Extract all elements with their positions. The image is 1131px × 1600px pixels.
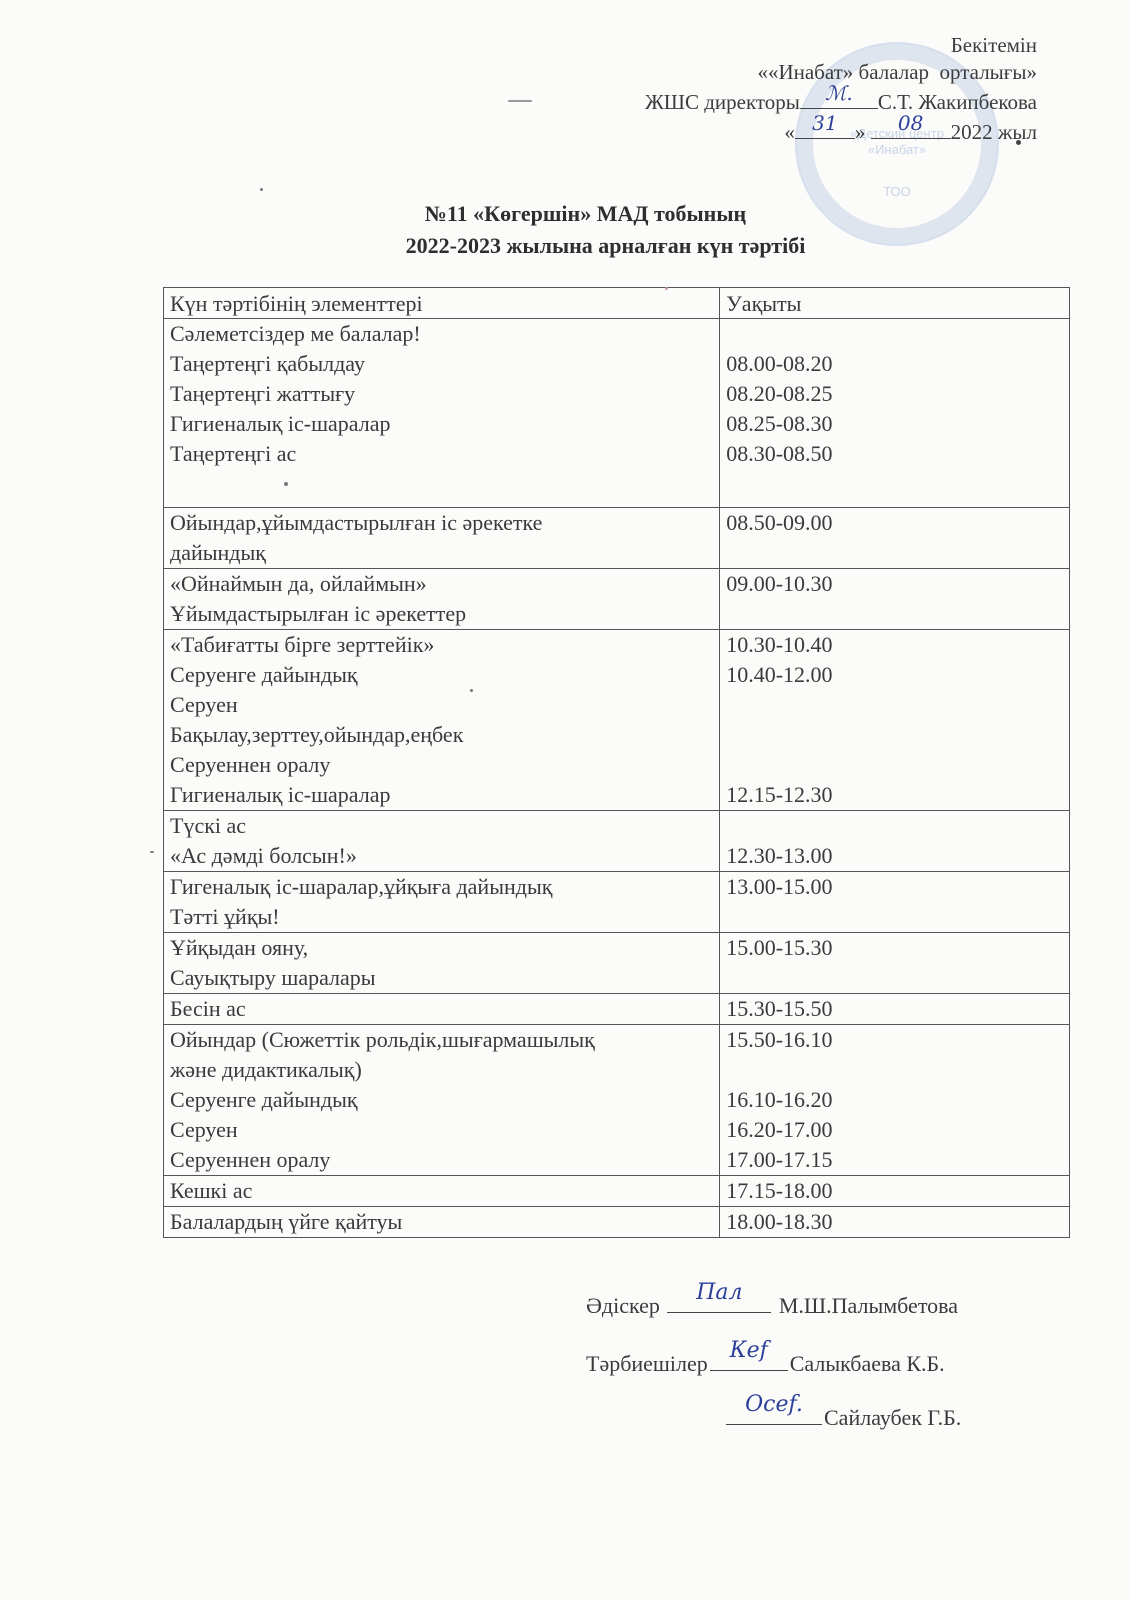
schedule-time xyxy=(726,811,1063,841)
approval-block: Бекітемін ««Инабат» балалар орталығы» ЖШ… xyxy=(645,32,1037,146)
date-month: 08 xyxy=(898,110,923,137)
teacher2-signature: Осеf. xyxy=(745,1392,803,1417)
schedule-item: Таңертеңгі қабылдау xyxy=(170,349,713,379)
table-row: Ұйқыдан ояну,Сауықтыру шаралары15.00-15.… xyxy=(164,933,1070,994)
schedule-time: 15.00-15.30 xyxy=(726,933,1063,963)
schedule-time xyxy=(726,720,1063,750)
schedule-item: дайындық xyxy=(170,538,713,568)
schedule-time xyxy=(726,1055,1063,1085)
schedule-time: 09.00-10.30 xyxy=(726,569,1063,599)
cell-elements: Балалардың үйге қайтуы xyxy=(164,1207,720,1238)
schedule-item: Кешкі ас xyxy=(170,1176,713,1206)
cell-time: 08.00-08.2008.20-08.2508.25-08.3008.30-0… xyxy=(720,319,1070,508)
schedule-time: 08.25-08.30 xyxy=(726,409,1063,439)
cell-elements: Түскі ас«Ас дәмді болсын!» xyxy=(164,811,720,872)
document-title: №11 «Көгершін» МАД тобының 2022-2023 жыл… xyxy=(0,198,1131,262)
schedule-time xyxy=(726,599,1063,629)
schedule-item: Серуеннен оралу xyxy=(170,750,713,780)
table-row: Ойындар (Сюжеттік рольдік,шығармашылықжә… xyxy=(164,1025,1070,1176)
schedule-time: 15.50-16.10 xyxy=(726,1025,1063,1055)
date-day-field: 31 xyxy=(795,116,855,139)
table-row: Гигеналық іс-шаралар,ұйқыға дайындықТәтт… xyxy=(164,872,1070,933)
schedule-item: Гигиеналық іс-шаралар xyxy=(170,409,713,439)
table-row: Балалардың үйге қайтуы18.00-18.30 xyxy=(164,1207,1070,1238)
teacher2-name: Сайлаубек Г.Б. xyxy=(824,1405,961,1430)
teachers-label: Тәрбиешілер xyxy=(586,1351,708,1376)
table-row: Ойындар,ұйымдастырылған іс әрекеткедайын… xyxy=(164,508,1070,569)
cell-time: 18.00-18.30 xyxy=(720,1207,1070,1238)
schedule-item: «Ас дәмді болсын!» xyxy=(170,841,713,871)
scan-speck xyxy=(284,482,288,486)
schedule-time: 08.20-08.25 xyxy=(726,379,1063,409)
schedule-item: «Ойнаймын да, ойлаймын» xyxy=(170,569,713,599)
schedule-item: Серуенге дайындық xyxy=(170,1085,713,1115)
schedule-time: 18.00-18.30 xyxy=(726,1207,1063,1237)
title-line-2: 2022-2023 жылына арналған күн тәртібі xyxy=(0,230,1131,262)
schedule-time: 12.15-12.30 xyxy=(726,780,1063,810)
cell-time: 15.30-15.50 xyxy=(720,994,1070,1025)
schedule-item: Балалардың үйге қайтуы xyxy=(170,1207,713,1237)
schedule-time: 15.30-15.50 xyxy=(726,994,1063,1024)
methodist-name: М.Ш.Палымбетова xyxy=(779,1293,958,1318)
cell-elements: Ойындар (Сюжеттік рольдік,шығармашылықжә… xyxy=(164,1025,720,1176)
cell-time: 08.50-09.00 xyxy=(720,508,1070,569)
table-row: «Ойнаймын да, ойлаймын»Ұйымдастырылған і… xyxy=(164,569,1070,630)
schedule-item: Серуен xyxy=(170,690,713,720)
cell-elements: Кешкі ас xyxy=(164,1176,720,1207)
date-month-field: 08 xyxy=(871,116,951,139)
schedule-item: Ойындар (Сюжеттік рольдік,шығармашылық xyxy=(170,1025,713,1055)
schedule-time: 12.30-13.00 xyxy=(726,841,1063,871)
cell-elements: Сәлеметсіздер ме балалар!Таңертеңгі қабы… xyxy=(164,319,720,508)
date-day: 31 xyxy=(812,110,837,137)
title-line-1: №11 «Көгершін» МАД тобының xyxy=(0,198,1131,230)
schedule-time: 08.30-08.50 xyxy=(726,439,1063,469)
cell-time: 09.00-10.30 xyxy=(720,569,1070,630)
schedule-time: 10.30-10.40 xyxy=(726,630,1063,660)
date-close-quote: » xyxy=(855,120,866,144)
cell-elements: «Табиғатты бірге зерттейік»Серуенге дайы… xyxy=(164,630,720,811)
methodist-signature-row: Әдіскер Пал М.Ш.Палымбетова xyxy=(586,1290,958,1319)
schedule-time: 17.00-17.15 xyxy=(726,1145,1063,1175)
schedule-time: 08.00-08.20 xyxy=(726,349,1063,379)
spacer xyxy=(170,469,713,499)
director-signature: ℳ. xyxy=(825,80,853,107)
methodist-signature-line: Пал xyxy=(667,1290,771,1313)
methodist-label: Әдіскер xyxy=(586,1293,660,1318)
schedule-item: Сауықтыру шаралары xyxy=(170,963,713,993)
date-open-quote: « xyxy=(784,120,795,144)
schedule-time xyxy=(726,538,1063,568)
director-label: ЖШС директоры xyxy=(645,90,800,114)
table-header-row: Күн тәртібінің элементтері Уақыты xyxy=(164,288,1070,319)
schedule-item: Таңертеңгі ас xyxy=(170,439,713,469)
scan-speck xyxy=(508,100,532,102)
schedule-time xyxy=(726,319,1063,349)
schedule-item: Гигиеналық іс-шаралар xyxy=(170,780,713,810)
schedule-item: Ойындар,ұйымдастырылған іс әрекетке xyxy=(170,508,713,538)
cell-time: 17.15-18.00 xyxy=(720,1176,1070,1207)
schedule-time: 17.15-18.00 xyxy=(726,1176,1063,1206)
approval-date-line: «31» 082022 жыл xyxy=(645,116,1037,146)
cell-time: 10.30-10.4010.40-12.0012.15-12.30 xyxy=(720,630,1070,811)
table-body: Сәлеметсіздер ме балалар!Таңертеңгі қабы… xyxy=(164,319,1070,1238)
schedule-item: Серуенге дайындық xyxy=(170,660,713,690)
schedule-item: Гигеналық іс-шаралар,ұйқыға дайындық xyxy=(170,872,713,902)
schedule-item: және дидактикалық) xyxy=(170,1055,713,1085)
scan-speck xyxy=(470,689,473,692)
schedule-item: Сәлеметсіздер ме балалар! xyxy=(170,319,713,349)
table-row: Кешкі ас17.15-18.00 xyxy=(164,1176,1070,1207)
table-row: Сәлеметсіздер ме балалар!Таңертеңгі қабы… xyxy=(164,319,1070,508)
daily-schedule-table: Күн тәртібінің элементтері Уақыты Сәлеме… xyxy=(163,287,1070,1238)
header-time: Уақыты xyxy=(720,288,1070,319)
schedule-time: 08.50-09.00 xyxy=(726,508,1063,538)
cell-elements: Гигеналық іс-шаралар,ұйқыға дайындықТәтт… xyxy=(164,872,720,933)
schedule-time: 10.40-12.00 xyxy=(726,660,1063,690)
table-row: «Табиғатты бірге зерттейік»Серуенге дайы… xyxy=(164,630,1070,811)
teacher1-signature: Кеf xyxy=(730,1338,768,1363)
cell-elements: Бесін ас xyxy=(164,994,720,1025)
schedule-time: 16.10-16.20 xyxy=(726,1085,1063,1115)
cell-time: 15.00-15.30 xyxy=(720,933,1070,994)
schedule-item: Серуеннен оралу xyxy=(170,1145,713,1175)
schedule-item: Ұйқыдан ояну, xyxy=(170,933,713,963)
cell-elements: «Ойнаймын да, ойлаймын»Ұйымдастырылған і… xyxy=(164,569,720,630)
cell-time: 13.00-15.00 xyxy=(720,872,1070,933)
schedule-time xyxy=(726,963,1063,993)
teacher1-signature-line: Кеf xyxy=(710,1348,788,1371)
schedule-time xyxy=(726,690,1063,720)
schedule-item: «Табиғатты бірге зерттейік» xyxy=(170,630,713,660)
schedule-time xyxy=(726,902,1063,932)
stamp-text-line3: ТОО xyxy=(797,184,997,199)
teacher1-signature-row: ТәрбиешілерКеfСалыкбаева К.Б. xyxy=(586,1348,945,1377)
teacher2-signature-row: Осеf.Сайлаубек Г.Б. xyxy=(724,1402,961,1431)
schedule-item: Бесін ас xyxy=(170,994,713,1024)
scan-speck xyxy=(150,851,154,853)
teacher1-name: Салыкбаева К.Б. xyxy=(790,1351,945,1376)
director-signature-line: ℳ. xyxy=(800,86,878,109)
schedule-time: 16.20-17.00 xyxy=(726,1115,1063,1145)
cell-time: 12.30-13.00 xyxy=(720,811,1070,872)
schedule-item: Бақылау,зерттеу,ойындар,еңбек xyxy=(170,720,713,750)
table-row: Бесін ас15.30-15.50 xyxy=(164,994,1070,1025)
schedule-time xyxy=(726,750,1063,780)
schedule-item: Ұйымдастырылған іс әрекеттер xyxy=(170,599,713,629)
schedule-item: Түскі ас xyxy=(170,811,713,841)
methodist-signature: Пал xyxy=(696,1280,742,1305)
scan-speck xyxy=(665,287,668,290)
schedule-item: Серуен xyxy=(170,1115,713,1145)
date-year: 2022 жыл xyxy=(951,120,1037,144)
cell-elements: Ұйқыдан ояну,Сауықтыру шаралары xyxy=(164,933,720,994)
schedule-item: Таңертеңгі жаттығу xyxy=(170,379,713,409)
teacher2-signature-line: Осеf. xyxy=(726,1402,822,1425)
cell-elements: Ойындар,ұйымдастырылған іс әрекеткедайын… xyxy=(164,508,720,569)
schedule-item: Тәтті ұйқы! xyxy=(170,902,713,932)
header-elements: Күн тәртібінің элементтері xyxy=(164,288,720,319)
scan-speck xyxy=(1016,140,1021,145)
approval-director-line: ЖШС директорыℳ.С.Т. Жакипбекова xyxy=(645,86,1037,116)
table-row: Түскі ас«Ас дәмді болсын!»12.30-13.00 xyxy=(164,811,1070,872)
approval-heading: Бекітемін xyxy=(645,32,1037,59)
schedule-time: 13.00-15.00 xyxy=(726,872,1063,902)
cell-time: 15.50-16.1016.10-16.2016.20-17.0017.00-1… xyxy=(720,1025,1070,1176)
scan-speck xyxy=(260,188,263,191)
